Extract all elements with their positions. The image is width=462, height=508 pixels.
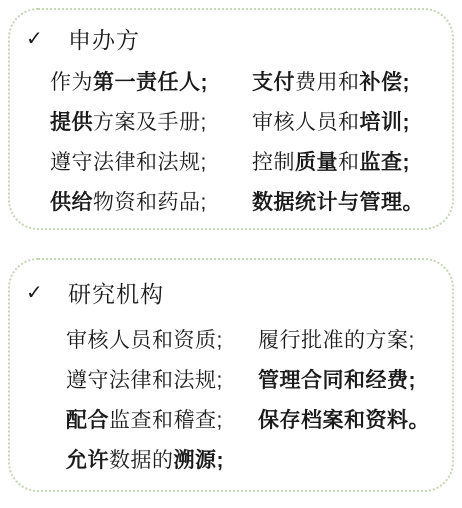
- duty-item-right: 审核人员和培训;: [252, 106, 410, 136]
- text-segment: 数据的: [109, 449, 174, 472]
- text-segment: 支付: [252, 71, 295, 94]
- text-segment: 补偿;: [360, 71, 411, 94]
- sponsor-heading: ✓ 申办方: [10, 22, 452, 55]
- text-segment: 配合: [66, 409, 109, 432]
- text-segment: 保存档案和资料。: [258, 409, 430, 432]
- duty-row: 审核人员和资质;履行批准的方案;: [10, 319, 452, 359]
- sponsor-duty-list: 作为第一责任人;支付费用和补偿;提供方案及手册;审核人员和培训;遵守法律和法规;…: [10, 61, 452, 221]
- text-segment: 监查和稽查;: [109, 409, 223, 432]
- duty-item-left: 提供方案及手册;: [50, 106, 252, 136]
- text-segment: 供给: [50, 191, 93, 214]
- duty-row: 配合监查和稽查;保存档案和资料。: [10, 399, 452, 439]
- text-segment: 和: [338, 151, 360, 174]
- duty-item-left: 配合监查和稽查;: [66, 404, 258, 434]
- text-segment: 监查;: [360, 151, 411, 174]
- duty-row: 允许数据的溯源;: [10, 439, 452, 479]
- duty-row: 提供方案及手册;审核人员和培训;: [10, 101, 452, 141]
- duty-row: 遵守法律和法规;管理合同和经费;: [10, 359, 452, 399]
- duty-item-left: 允许数据的溯源;: [66, 444, 258, 474]
- text-segment: 溯源;: [174, 449, 225, 472]
- duty-item-left: 遵守法律和法规;: [66, 364, 258, 394]
- check-icon: ✓: [26, 26, 68, 51]
- text-segment: 培训;: [360, 111, 411, 134]
- duty-item-right: 管理合同和经费;: [258, 364, 416, 394]
- text-segment: 第一责任人;: [93, 71, 208, 94]
- text-segment: 作为: [50, 71, 93, 94]
- check-icon: ✓: [26, 280, 68, 305]
- text-segment: 提供: [50, 111, 93, 134]
- section-title: 研究机构: [68, 276, 164, 309]
- text-segment: 允许: [66, 449, 109, 472]
- text-segment: 方案及手册;: [93, 111, 207, 134]
- institution-duty-list: 审核人员和资质;履行批准的方案;遵守法律和法规;管理合同和经费;配合监查和稽查;…: [10, 319, 452, 479]
- text-segment: 质量: [295, 151, 338, 174]
- duty-item-left: 供给物资和药品;: [50, 186, 252, 216]
- duty-item-right: 支付费用和补偿;: [252, 66, 410, 96]
- duty-item-right: 数据统计与管理。: [252, 186, 424, 216]
- institution-heading: ✓ 研究机构: [10, 276, 452, 309]
- section-title: 申办方: [68, 22, 140, 55]
- duty-item-right: 履行批准的方案;: [258, 324, 415, 354]
- duty-item-left: 作为第一责任人;: [50, 66, 252, 96]
- text-segment: 控制: [252, 151, 295, 174]
- text-segment: 遵守法律和法规;: [50, 151, 207, 174]
- text-segment: 审核人员和: [252, 111, 360, 134]
- text-segment: 物资和药品;: [93, 191, 207, 214]
- institution-section-box: ✓ 研究机构 审核人员和资质;履行批准的方案;遵守法律和法规;管理合同和经费;配…: [8, 258, 454, 492]
- duty-item-right: 控制质量和监查;: [252, 146, 410, 176]
- duty-item-left: 审核人员和资质;: [66, 324, 258, 354]
- text-segment: 遵守法律和法规;: [66, 369, 223, 392]
- duty-item-right: 保存档案和资料。: [258, 404, 430, 434]
- sponsor-section-box: ✓ 申办方 作为第一责任人;支付费用和补偿;提供方案及手册;审核人员和培训;遵守…: [8, 8, 454, 230]
- duty-row: 作为第一责任人;支付费用和补偿;: [10, 61, 452, 101]
- duty-row: 遵守法律和法规;控制质量和监查;: [10, 141, 452, 181]
- text-segment: 费用和: [295, 71, 360, 94]
- text-segment: 履行批准的方案;: [258, 329, 415, 352]
- text-segment: 审核人员和资质;: [66, 329, 223, 352]
- duty-row: 供给物资和药品;数据统计与管理。: [10, 181, 452, 221]
- duty-item-left: 遵守法律和法规;: [50, 146, 252, 176]
- text-segment: 数据统计与管理。: [252, 191, 424, 214]
- text-segment: 管理合同和经费;: [258, 369, 416, 392]
